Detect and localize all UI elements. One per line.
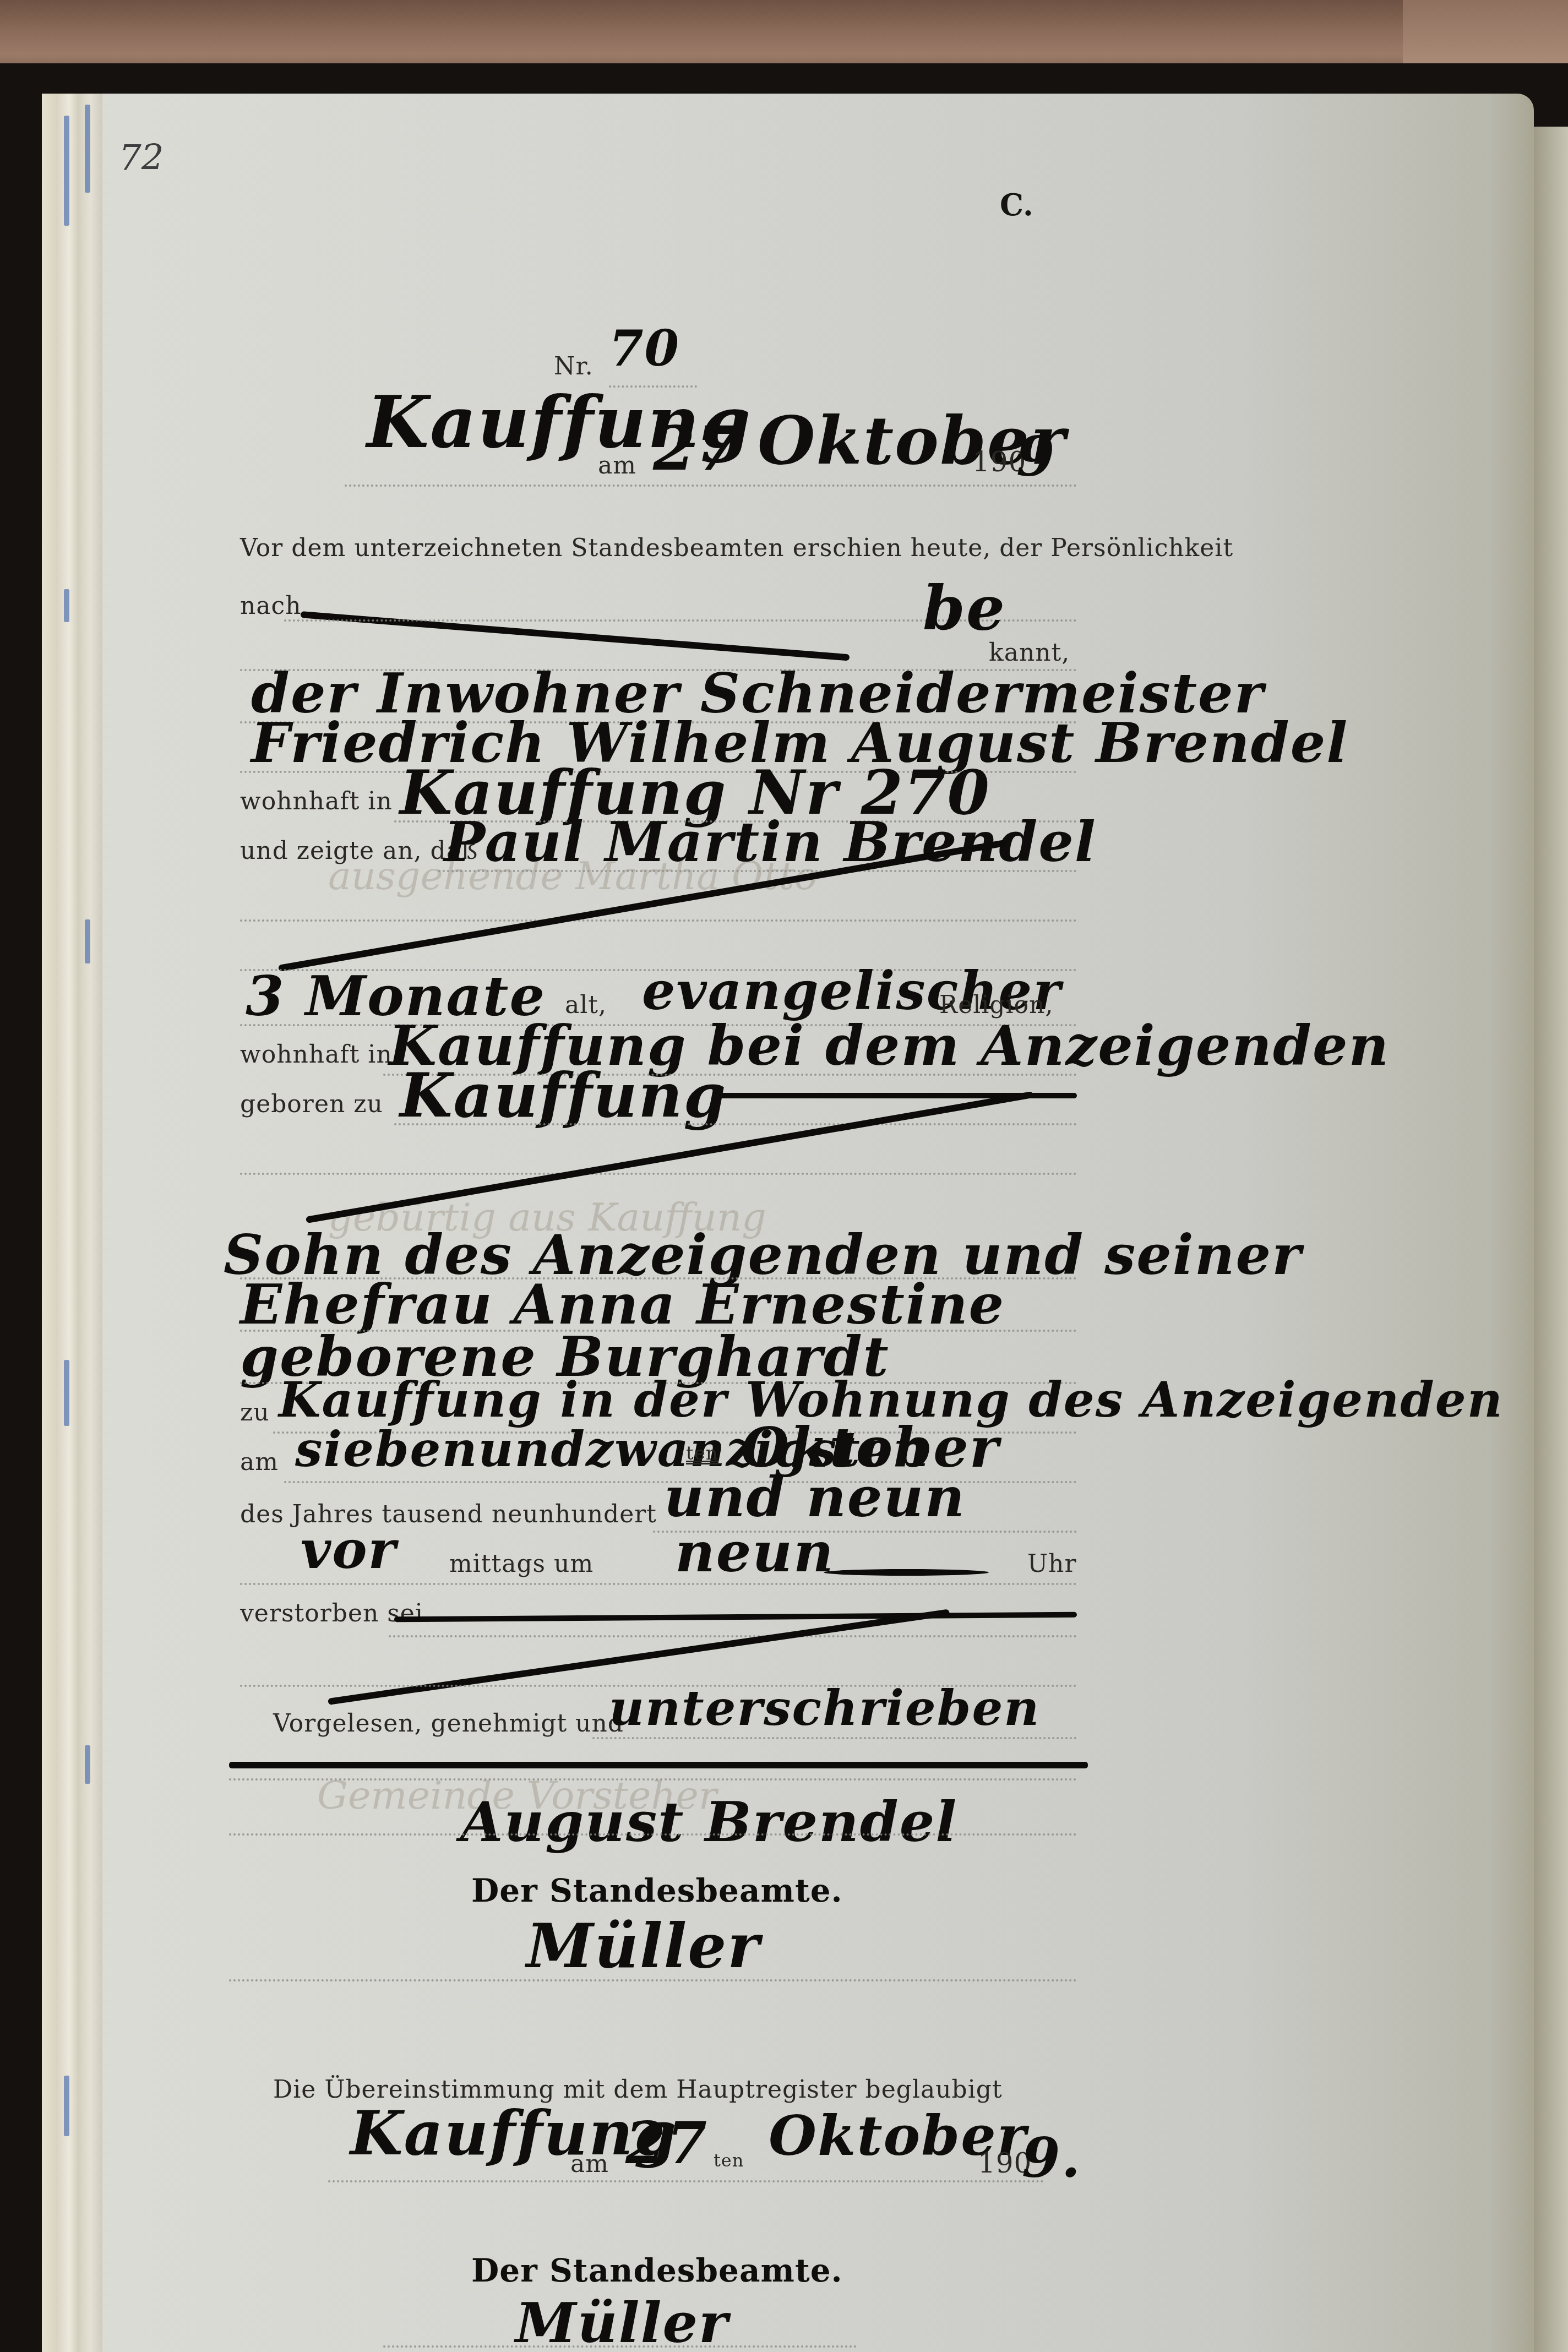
dotted-line [229, 1979, 1077, 1981]
dotted-line [345, 484, 1077, 487]
cert-day: 27 [625, 2109, 708, 2177]
registrar-heading-2: Der Standesbeamte. [471, 2252, 843, 2289]
printed-geboren-zu: geboren zu [240, 1090, 383, 1118]
entry-year-suffix: 9 [1016, 424, 1056, 489]
printed-nach: nach [240, 592, 302, 620]
printed-wohnhaft-in: wohnhaft in [240, 787, 393, 815]
strike-through-line [301, 611, 850, 661]
dotted-line [438, 870, 1077, 872]
printed-am: am [240, 1448, 279, 1476]
page-binding-strip [42, 94, 102, 2352]
printed-verstorben-sei: verstorben sei. [240, 1599, 432, 1627]
dotted-line [240, 1583, 1077, 1585]
cert-registrar-signature: Müller [515, 2290, 729, 2352]
facing-page-edge [1534, 127, 1568, 2352]
register-page: ausgehende Martha Otto gebürtig aus Kauf… [42, 94, 1534, 2352]
dotted-line [240, 919, 1077, 922]
deceased-birthplace: Kauffung [400, 1060, 727, 1131]
binding-blue-mark [64, 116, 69, 226]
death-time-hour: neun [675, 1520, 835, 1585]
dotted-line [229, 1778, 1077, 1781]
binding-blue-mark [64, 1360, 69, 1426]
printed-und-zeigte-an: und zeigte an, daß [240, 837, 478, 865]
printed-mittags-um: mittags um [449, 1550, 594, 1578]
binding-blue-mark [64, 589, 69, 622]
section-divider [229, 1762, 1088, 1768]
fill-line [394, 1612, 1077, 1623]
handwritten-unterschrieben: unterschrieben [609, 1679, 1040, 1736]
printed-wohnhaft-in-2: wohnhaft in [240, 1041, 393, 1069]
entry-day: 27 [653, 413, 739, 484]
printed-vorgelesen: Vorgelesen, genehmigt und [273, 1709, 624, 1738]
registrar-heading: Der Standesbeamte. [471, 1872, 843, 1909]
entry-am-label: am [598, 451, 636, 480]
entry-number-value: 70 [609, 319, 680, 378]
dotted-line [240, 1173, 1077, 1175]
binding-blue-mark [85, 1745, 90, 1784]
printed-zu: zu [240, 1398, 270, 1427]
printed-ten-2: ten [714, 2150, 744, 2171]
printed-uhr: Uhr [1027, 1550, 1076, 1578]
fill-flourish [824, 1569, 989, 1576]
binding-blue-mark [64, 2076, 69, 2136]
binding-blue-mark [85, 919, 90, 963]
dotted-line [383, 2345, 857, 2348]
register-letter: C. [1000, 187, 1033, 222]
printed-am-2: am [570, 2150, 609, 2178]
dotted-line [328, 2180, 1044, 2182]
dotted-line [389, 1635, 1077, 1637]
printed-intro-line: Vor dem unterzeichneten Standesbeamten e… [240, 534, 1233, 562]
dotted-line [394, 1123, 1077, 1125]
dotted-line [229, 1833, 1077, 1836]
pencil-page-number: 72 [119, 138, 164, 178]
death-time-prefix: vor [301, 1520, 397, 1581]
dotted-line [592, 1737, 1077, 1739]
informant-signature: August Brendel [460, 1789, 957, 1854]
binding-blue-mark [85, 105, 90, 193]
printed-ten: ten [686, 1442, 718, 1464]
entry-number-label: Nr. [554, 352, 594, 380]
registrar-signature: Müller [526, 1910, 760, 1981]
handwritten-be-prefix: be [923, 573, 1006, 644]
